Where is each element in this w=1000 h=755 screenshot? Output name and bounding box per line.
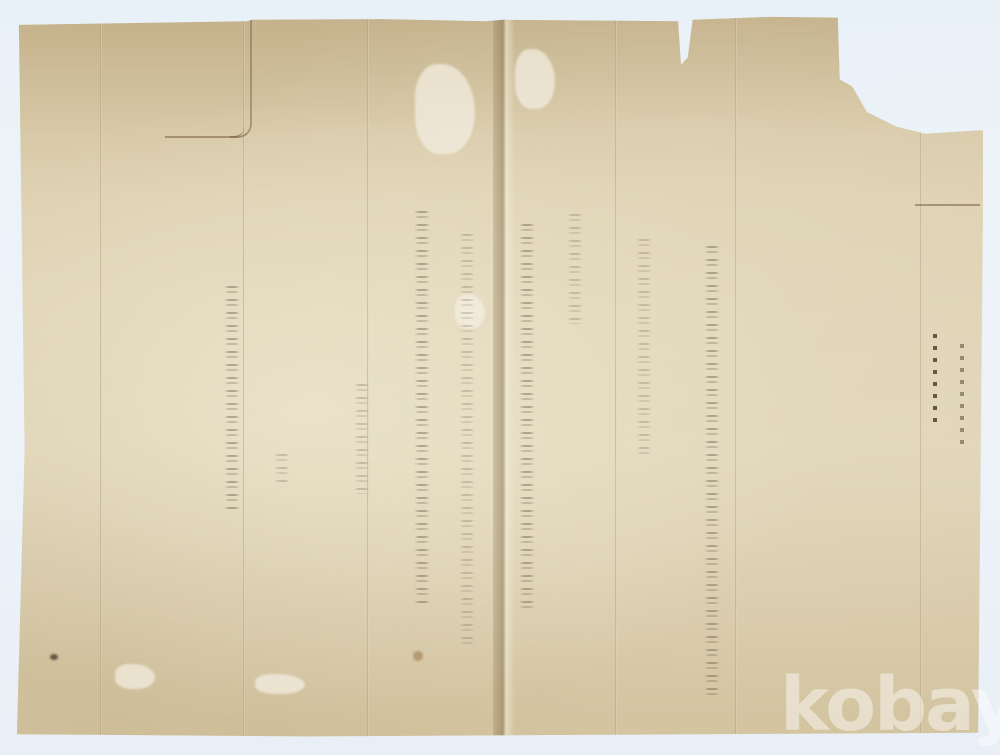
handwriting-column: [355, 384, 369, 494]
paper-flake: [255, 674, 305, 694]
fold-crease: [367, 14, 369, 740]
handwriting-column: [568, 214, 582, 324]
ink-dots: [960, 344, 964, 444]
handwriting-column: [460, 234, 474, 644]
document-photo: kobay: [0, 0, 1000, 755]
paper-tear: [915, 184, 980, 206]
ink-dots: [933, 334, 937, 424]
handwriting-column: [415, 211, 429, 606]
paper-flake: [115, 664, 155, 689]
handwriting-column: [520, 224, 534, 614]
handwriting-mark: [275, 454, 289, 484]
paper-tear: [165, 114, 245, 138]
watermark-logo: kobay: [780, 668, 1000, 742]
stain-spot: [50, 654, 58, 660]
aged-paper-sheet: [15, 14, 983, 740]
fold-crease: [615, 14, 617, 740]
center-fold: [493, 14, 515, 740]
handwriting-column: [705, 246, 719, 696]
fold-crease: [100, 14, 102, 740]
stain-spot: [413, 651, 423, 661]
handwriting-column: [225, 286, 239, 511]
handwriting-column: [637, 239, 651, 459]
fold-crease: [735, 14, 737, 740]
fold-crease: [920, 14, 922, 740]
